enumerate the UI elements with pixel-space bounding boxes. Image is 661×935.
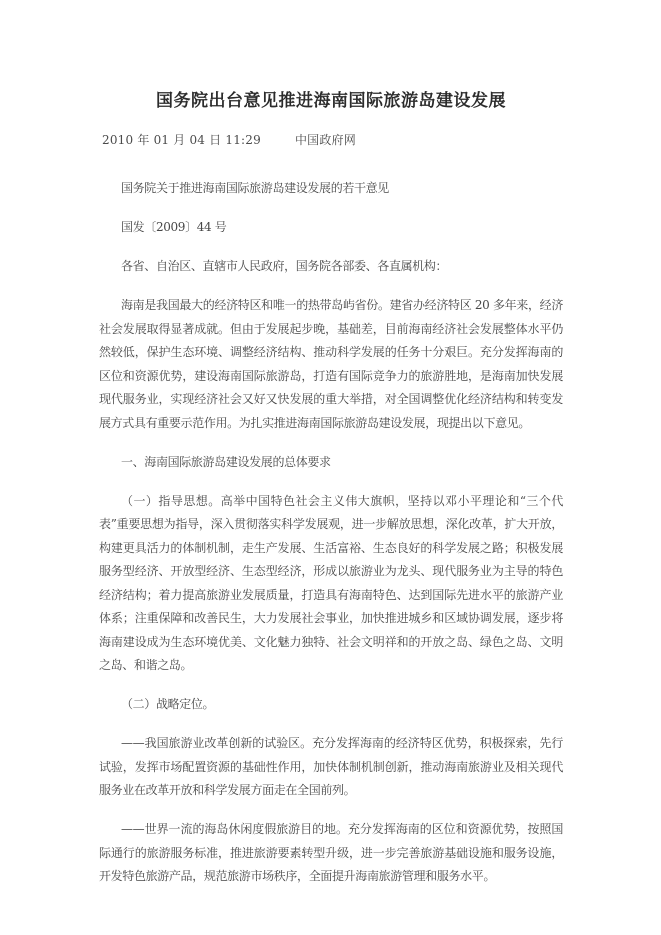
- document-content: 国务院出台意见推进海南国际旅游岛建设发展 2010 年 01 月 04 日 11…: [99, 91, 563, 889]
- document-page: 国务院出台意见推进海南国际旅游岛建设发展 2010 年 01 月 04 日 11…: [0, 0, 661, 935]
- strategic-positioning-heading: （二）战略定位。: [99, 693, 563, 717]
- publish-datetime: 2010 年 01 月 04 日 11:29: [102, 133, 261, 147]
- section-1-heading: 一、海南国际旅游岛建设发展的总体要求: [99, 451, 563, 475]
- salutation-line: 各省、自治区、直辖市人民政府，国务院各部委、各直属机构：: [99, 255, 563, 279]
- meta-line: 2010 年 01 月 04 日 11:29中国政府网: [99, 132, 563, 149]
- doc-subtitle: 国务院关于推进海南国际旅游岛建设发展的若干意见: [99, 177, 563, 201]
- guiding-ideology-paragraph: （一）指导思想。高举中国特色社会主义伟大旗帜，坚持以邓小平理论和“三个代表”重要…: [99, 490, 563, 678]
- positioning-item-2: ——世界一流的海岛休闲度假旅游目的地。充分发挥海南的区位和资源优势，按照国际通行…: [99, 818, 563, 889]
- document-body: 国务院关于推进海南国际旅游岛建设发展的若干意见 国发〔2009〕44 号 各省、…: [99, 177, 563, 889]
- doc-number: 国发〔2009〕44 号: [99, 216, 563, 240]
- page-title: 国务院出台意见推进海南国际旅游岛建设发展: [99, 91, 563, 112]
- positioning-item-1: ——我国旅游业改革创新的试验区。充分发挥海南的经济特区优势，积极探索，先行试验，…: [99, 732, 563, 803]
- source-name: 中国政府网: [295, 133, 356, 147]
- intro-paragraph: 海南是我国最大的经济特区和唯一的热带岛屿省份。建省办经济特区 20 多年来，经济…: [99, 294, 563, 435]
